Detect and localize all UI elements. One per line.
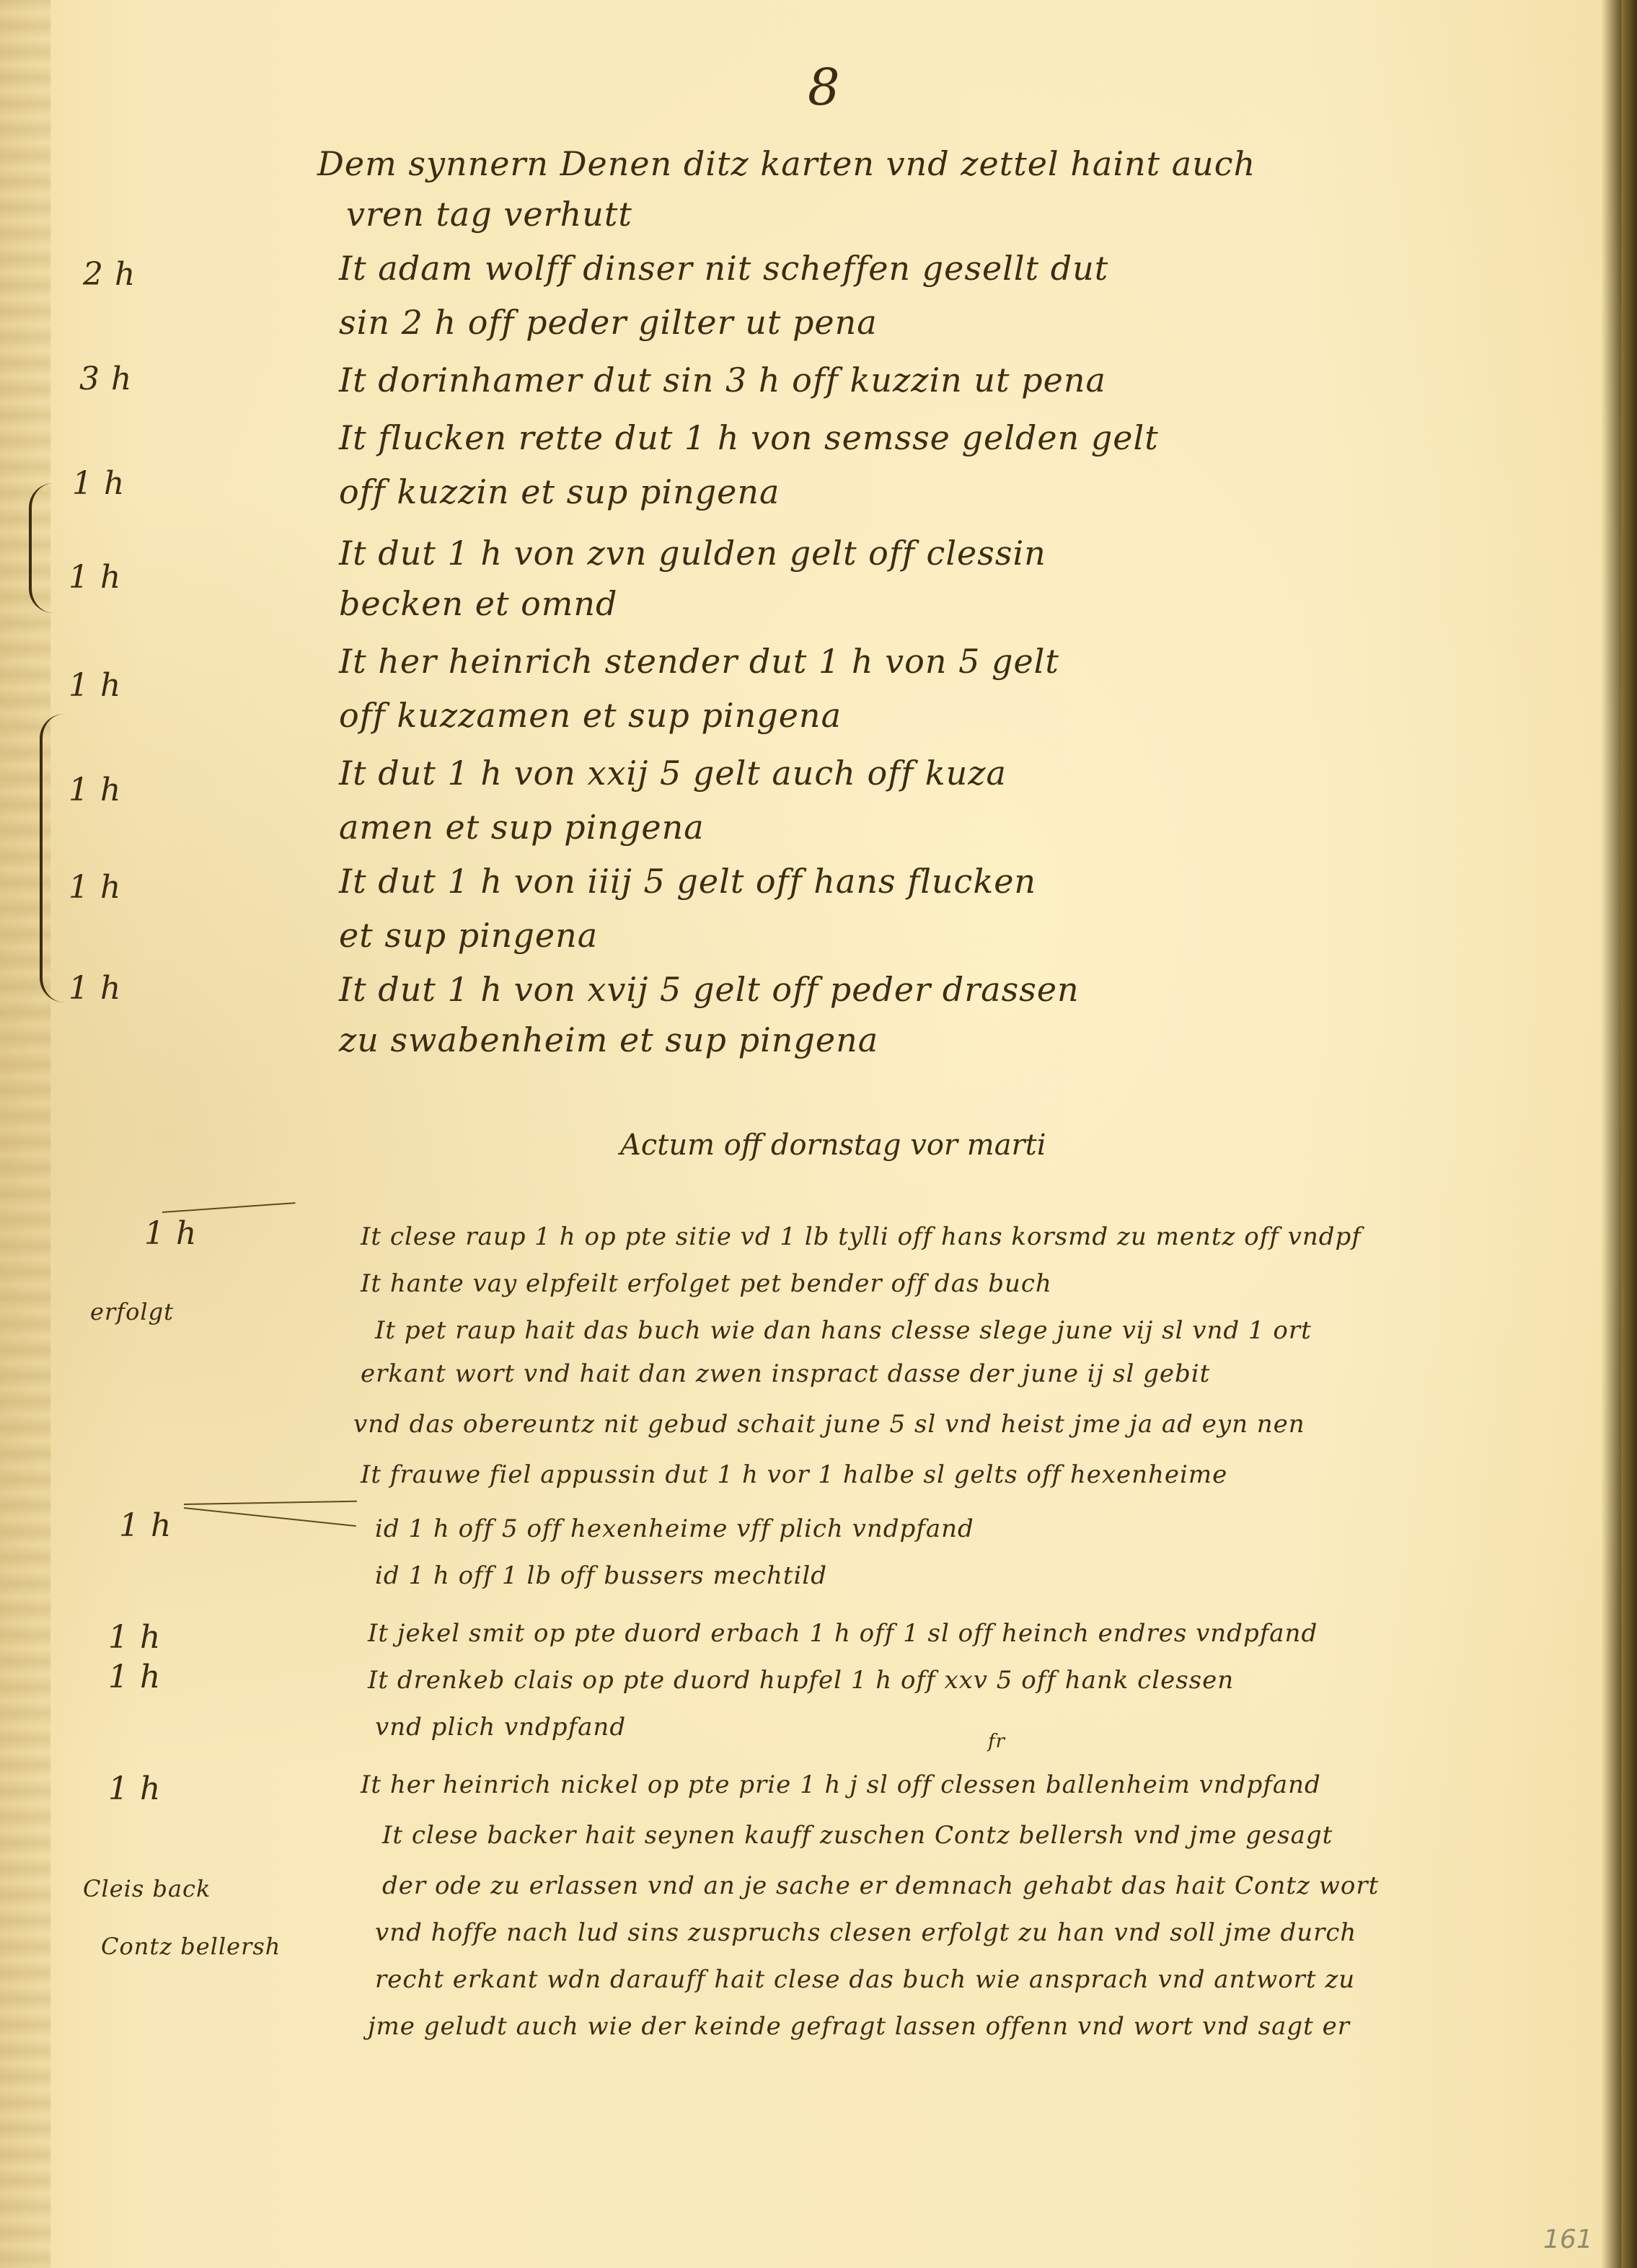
text-line: id 1 h off 5 off hexenheime vff plich vn… [375,1514,974,1543]
binding-edge [0,0,50,2268]
margin-bracket [40,714,64,1002]
text-line: vnd das obereuntz nit gebud schait june … [353,1410,1305,1439]
text-line: der ode zu erlassen vnd an je sache er d… [382,1871,1379,1900]
text-line: zu swabenheim et sup pingena [339,1020,878,1059]
margin-note: 1 h [108,1770,161,1807]
margin-note: 3 h [79,361,132,397]
text-line: It clese backer hait seynen kauff zusche… [382,1821,1333,1850]
section-heading: Actum off dornstag vor marti [620,1129,1046,1162]
margin-bracket [29,483,53,613]
margin-note: 1 h [69,869,121,906]
text-line: jme geludt auch wie der keinde gefragt l… [368,2012,1350,2041]
margin-note: 1 h [144,1215,197,1252]
margin-connector-line [184,1501,357,1505]
interlinear-note: fr [988,1731,1005,1752]
text-line: It dut 1 h von zvn gulden gelt off cless… [339,534,1046,573]
margin-note: 1 h [69,772,121,808]
text-line: erkant wort vnd hait dan zwen inspract d… [361,1359,1210,1388]
text-line: amen et sup pingena [339,808,705,847]
text-line: It dorinhamer dut sin 3 h off kuzzin ut … [339,361,1106,400]
text-line: et sup pingena [339,916,598,955]
folio-mark: 8 [808,58,840,117]
text-line: It adam wolff dinser nit scheffen gesell… [339,249,1108,288]
margin-note: 1 h [69,667,121,704]
text-line: It flucken rette dut 1 h von semsse geld… [339,418,1159,457]
page-number: 161 [1543,2225,1593,2254]
text-line: vnd plich vndpfand [375,1713,626,1742]
margin-note: erfolgt [90,1298,174,1325]
text-line: sin 2 h off peder gilter ut pena [339,303,878,342]
manuscript-page: 8 Dem synnern Denen ditz karten vnd zett… [0,0,1637,2268]
text-line: It dut 1 h von iiij 5 gelt off hans fluc… [339,862,1036,901]
text-line: It clese raup 1 h op pte sitie vd 1 lb t… [361,1222,1362,1251]
text-line: It drenkeb clais op pte duord hupfel 1 h… [368,1666,1234,1695]
margin-note: 1 h [72,465,125,502]
margin-note: Contz bellersh [101,1933,281,1960]
text-line: Dem synnern Denen ditz karten vnd zettel… [317,144,1256,183]
text-line: id 1 h off 1 lb off bussers mechtild [375,1561,827,1590]
text-line: It dut 1 h von xvij 5 gelt off peder dra… [339,970,1080,1009]
text-line: becken et omnd [339,584,618,623]
text-line: recht erkant wdn darauff hait clese das … [375,1965,1355,1994]
margin-note: 1 h [69,559,121,596]
text-line: vren tag verhutt [346,195,632,234]
text-line: It pet raup hait das buch wie dan hans c… [375,1316,1312,1345]
text-line: It hante vay elpfeilt erfolget pet bende… [361,1269,1052,1298]
margin-note: 1 h [69,970,121,1007]
text-line: It dut 1 h von xxij 5 gelt auch off kuza [339,754,1007,793]
text-line: vnd hoffe nach lud sins zuspruchs clesen… [375,1918,1356,1947]
margin-note: 2 h [83,256,136,293]
text-line: off kuzzin et sup pingena [339,472,780,511]
margin-connector-line [162,1202,296,1213]
text-line: off kuzzamen et sup pingena [339,696,842,735]
margin-connector-line [184,1507,356,1527]
margin-note: 1 h [108,1619,161,1656]
margin-note: Cleis back [83,1875,211,1902]
margin-note: 1 h [108,1659,161,1695]
text-line: It her heinrich nickel op pte prie 1 h j… [361,1770,1321,1799]
text-line: It frauwe fiel appussin dut 1 h vor 1 ha… [361,1460,1227,1489]
page-edge [1621,0,1637,2268]
text-line: It her heinrich stender dut 1 h von 5 ge… [339,642,1059,681]
text-line: It jekel smit op pte duord erbach 1 h of… [368,1619,1318,1648]
margin-note: 1 h [119,1507,172,1544]
